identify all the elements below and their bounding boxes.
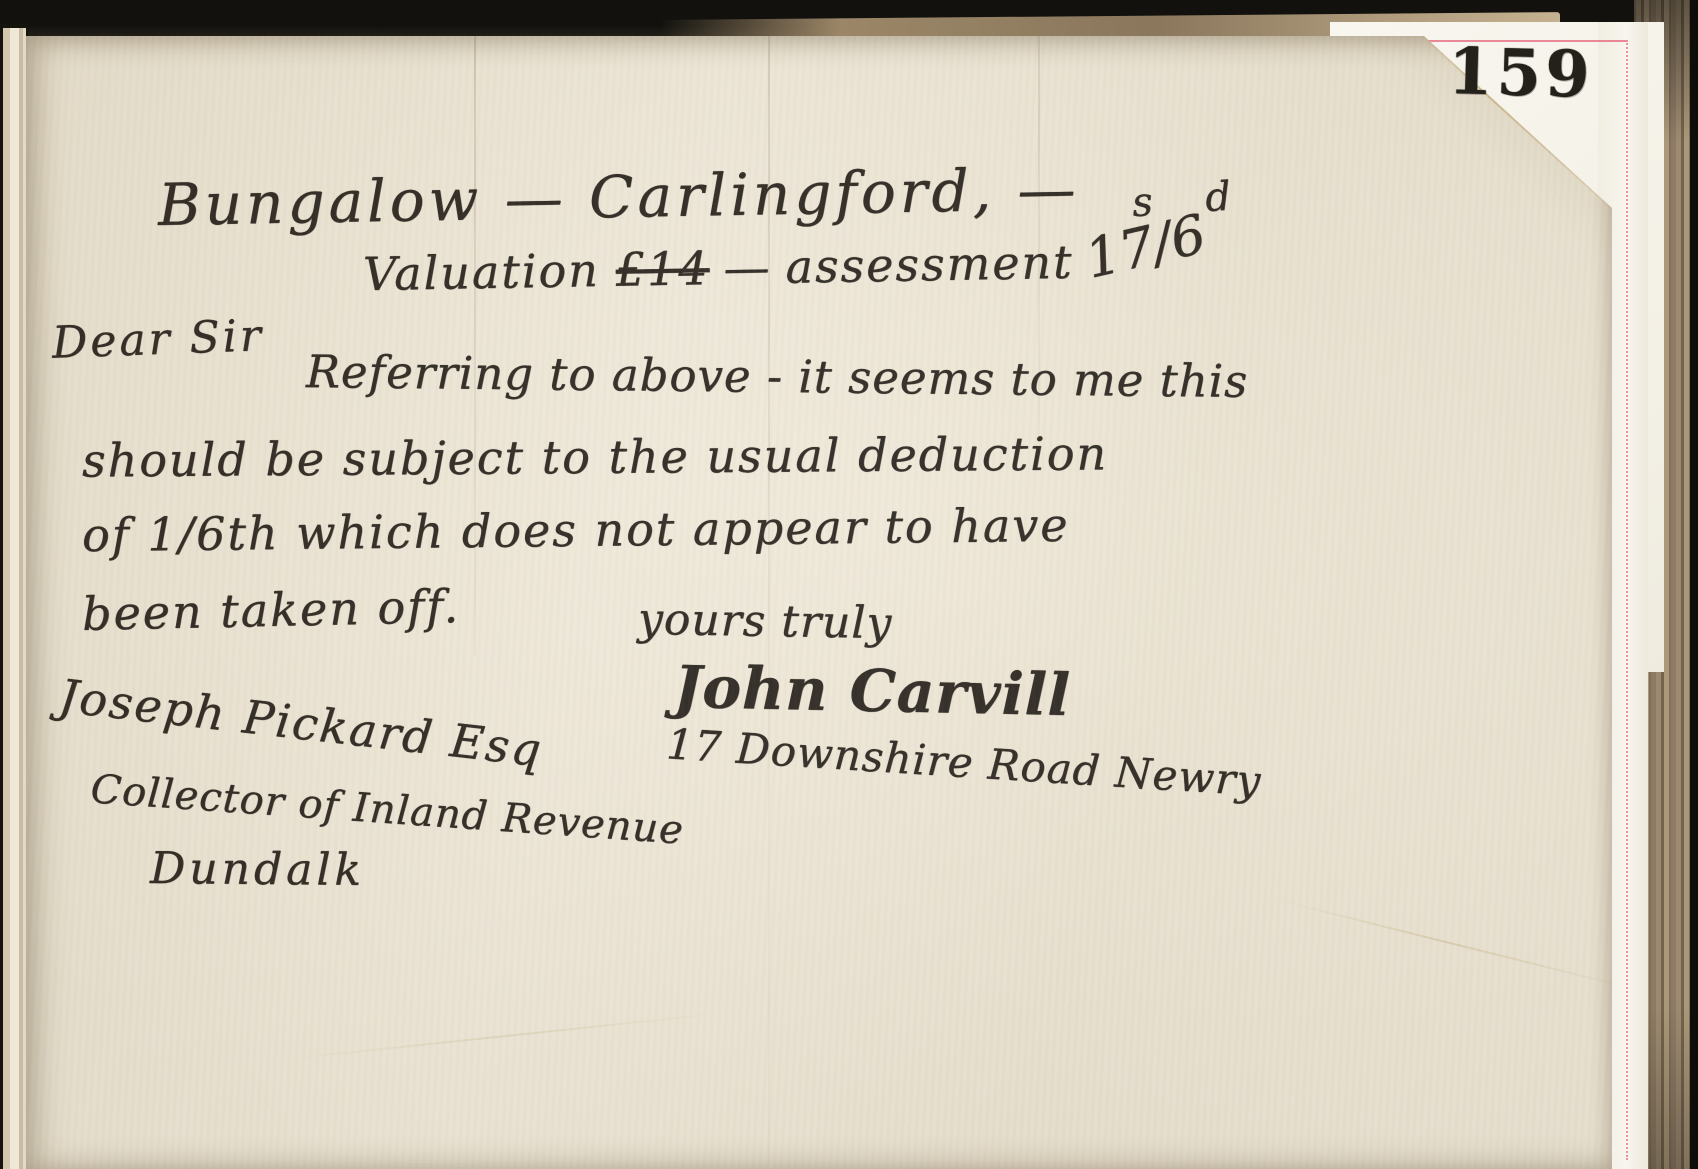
body-line: should be subject to the usual deduction [82, 430, 1108, 483]
paper-crease [287, 1014, 705, 1060]
assessment-label: assessment [785, 235, 1074, 294]
addressee-location: Dundalk [150, 847, 365, 893]
margin-rule-vertical [1626, 40, 1628, 1160]
body-line: of 1/6th which does not appear to have [82, 502, 1070, 558]
paper-crease [1271, 897, 1621, 986]
page-number-stamp: 159 [1447, 40, 1594, 108]
valuation-amount: £14 [615, 241, 710, 297]
signature-address: 17 Downshire Road Newry [665, 723, 1262, 802]
property-heading: Bungalow — Carlingford, — [158, 160, 1080, 234]
binding-left-edge [0, 28, 26, 1169]
body-line: been taken off. [82, 583, 461, 637]
closing-valediction: yours truly [638, 598, 893, 646]
salutation: Dear Sir [51, 314, 264, 365]
letter-page: Bungalow — Carlingford, — s d Valuation£… [26, 36, 1612, 1169]
valuation-line: Valuation£14—assessment [363, 239, 1074, 297]
assessment-value: 17/6 [1080, 207, 1210, 287]
addressee-name: Joseph Pickard Esq [57, 673, 545, 774]
book-scan: Bungalow — Carlingford, — s d Valuation£… [0, 0, 1698, 1169]
body-line: Referring to above - it seems to me this [306, 349, 1249, 404]
dash: — [723, 240, 772, 295]
valuation-label: Valuation [363, 243, 601, 301]
signature: John Carvill [673, 658, 1071, 724]
addressee-title: Collector of Inland Revenue [89, 769, 685, 850]
